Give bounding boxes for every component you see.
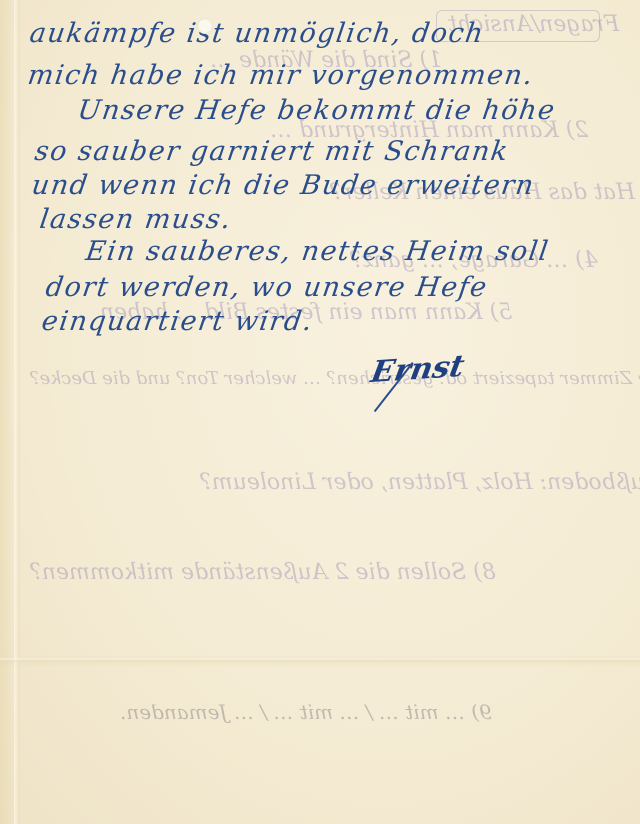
- vertical-fold-crease: [14, 0, 20, 824]
- bleed-through-item-9: 9) … mit … / … mit … / … Jemanden.: [120, 700, 492, 724]
- horizontal-fold-crease: [0, 658, 640, 662]
- letter-line-5: und wenn ich die Bude erweitern: [30, 170, 537, 201]
- letter-line-4: so sauber garniert mit Schrank: [33, 136, 511, 167]
- letter-line-3: Unsere Hefe bekommt die höhe: [76, 95, 558, 126]
- signature: Ernst: [368, 349, 467, 390]
- letter-line-9: einquartiert wird.: [40, 306, 315, 337]
- letter-page: Fragen/Ansicht 1) Sind die Wände … 2) Ka…: [0, 0, 640, 824]
- letter-line-8: dort werden, wo unsere Hefe: [44, 272, 490, 303]
- letter-line-6: lassen muss.: [38, 204, 234, 235]
- letter-line-1: aukämpfe ist unmöglich, doch: [28, 18, 487, 49]
- bleed-through-item-7: 7) Woraus ist der Fußboden: Holz, Platte…: [200, 470, 640, 495]
- letter-line-7: Ein sauberes, nettes Heim soll: [84, 236, 551, 267]
- bleed-through-item-8: 8) Sollen die 2 Außenstände mitkommen?: [30, 560, 496, 585]
- bleed-through-item-6: 6) Sind die Zimmer tapeziert od. gestric…: [30, 368, 640, 389]
- letter-line-2: mich habe ich mir vorgenommen.: [26, 60, 536, 91]
- punch-hole: [197, 18, 213, 34]
